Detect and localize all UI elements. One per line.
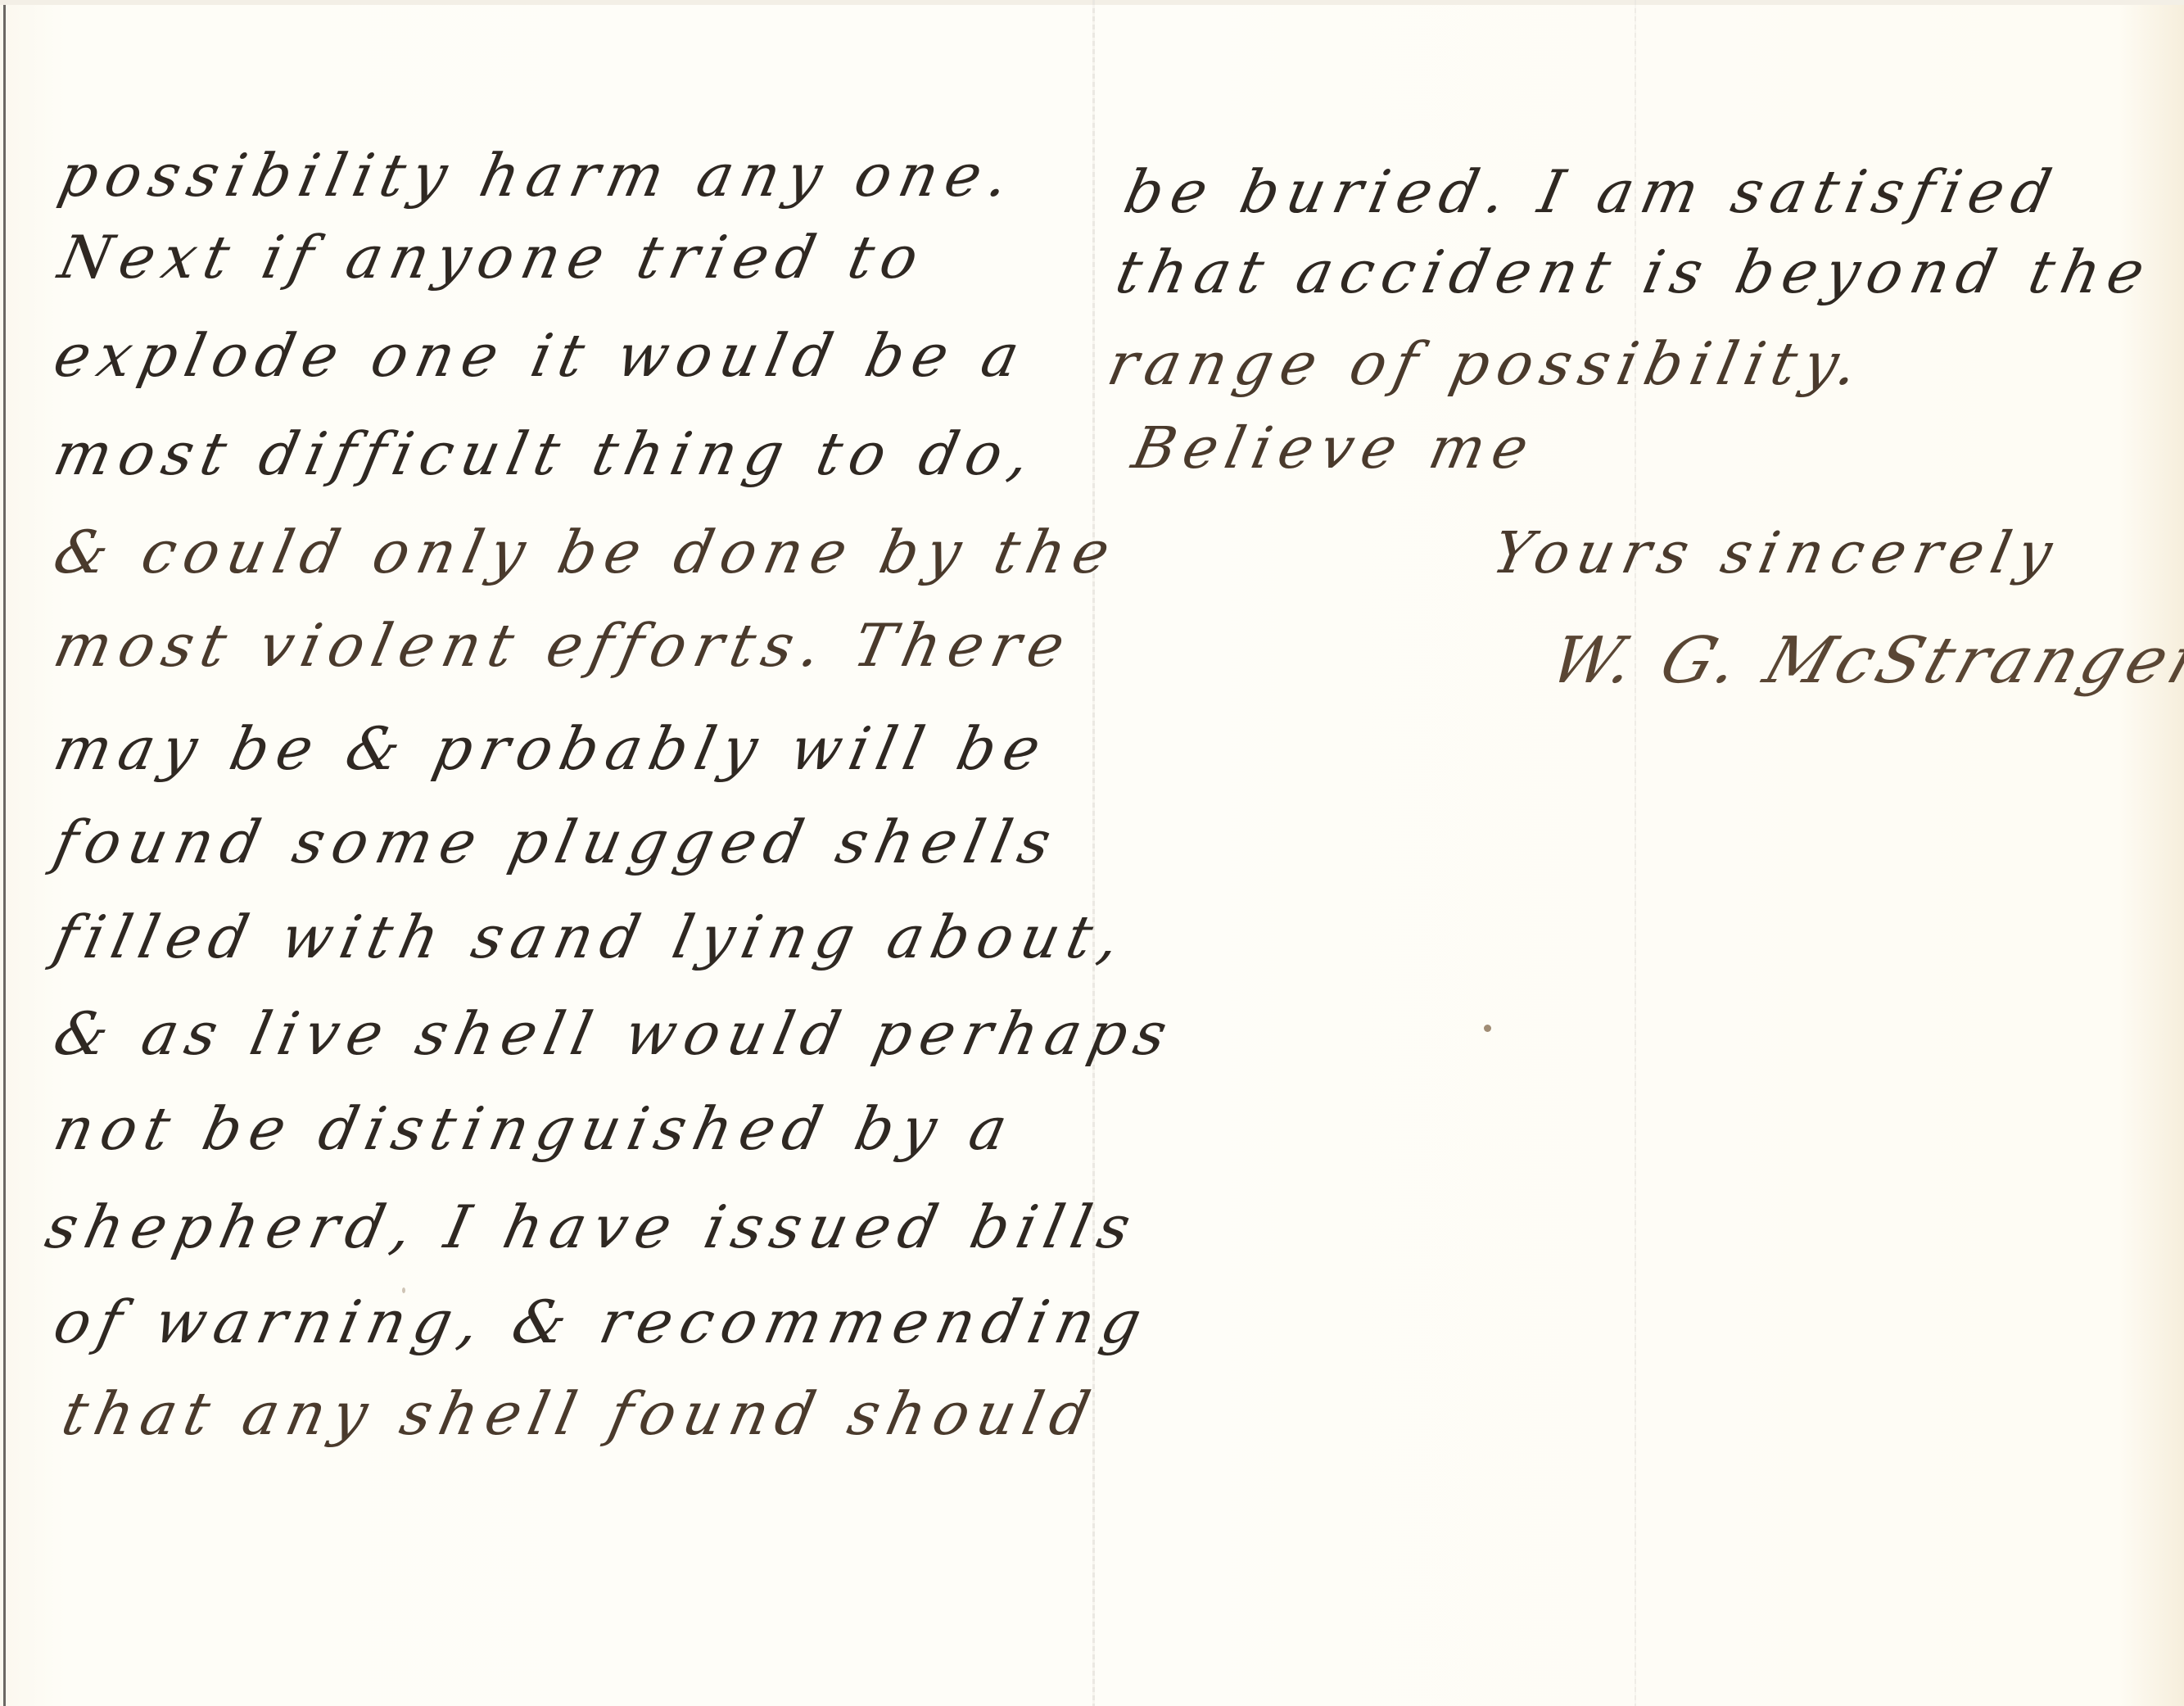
paper-speck bbox=[1484, 1025, 1491, 1032]
letter-line: range of possibility. bbox=[1103, 334, 1871, 393]
letter-line: not be distinguished by a bbox=[49, 1099, 1020, 1158]
letter-line: that accident is beyond the bbox=[1111, 242, 2158, 301]
letter-line: possibility harm any one. bbox=[54, 146, 1022, 205]
valediction: Yours sincerely bbox=[1488, 524, 2065, 581]
left-page: possibility harm any one. Next if anyone… bbox=[0, 0, 1092, 1706]
paper-speck bbox=[402, 1287, 405, 1293]
letter-line: shepherd, I have issued bills bbox=[41, 1197, 1143, 1256]
letter-line: & could only be done by the bbox=[49, 523, 1123, 581]
letter-line: found some plugged shells bbox=[49, 812, 1064, 871]
letter-line: filled with sand lying about, bbox=[49, 907, 1133, 966]
letter-line: & as live shell would perhaps bbox=[49, 1004, 1180, 1063]
letter-line: most violent efforts. There bbox=[49, 616, 1078, 675]
letter-line: explode one it would be a bbox=[49, 326, 1033, 385]
letter-line: of warning, & recommending bbox=[49, 1292, 1155, 1351]
letter-line: most difficult thing to do, bbox=[49, 424, 1043, 483]
letter-line: Next if anyone tried to bbox=[54, 228, 931, 287]
right-page: be buried. I am satisfied that accident … bbox=[1095, 0, 2184, 1706]
letter-line: may be & probably will be bbox=[49, 719, 1053, 778]
letter-line: that any shell found should bbox=[57, 1384, 1103, 1443]
letter-sheet: possibility harm any one. Next if anyone… bbox=[0, 0, 2184, 1706]
signature: W. G. McStranger bbox=[1543, 629, 2184, 693]
letter-line: be buried. I am satisfied bbox=[1119, 162, 2064, 221]
closing-phrase: Believe me bbox=[1128, 419, 1541, 477]
